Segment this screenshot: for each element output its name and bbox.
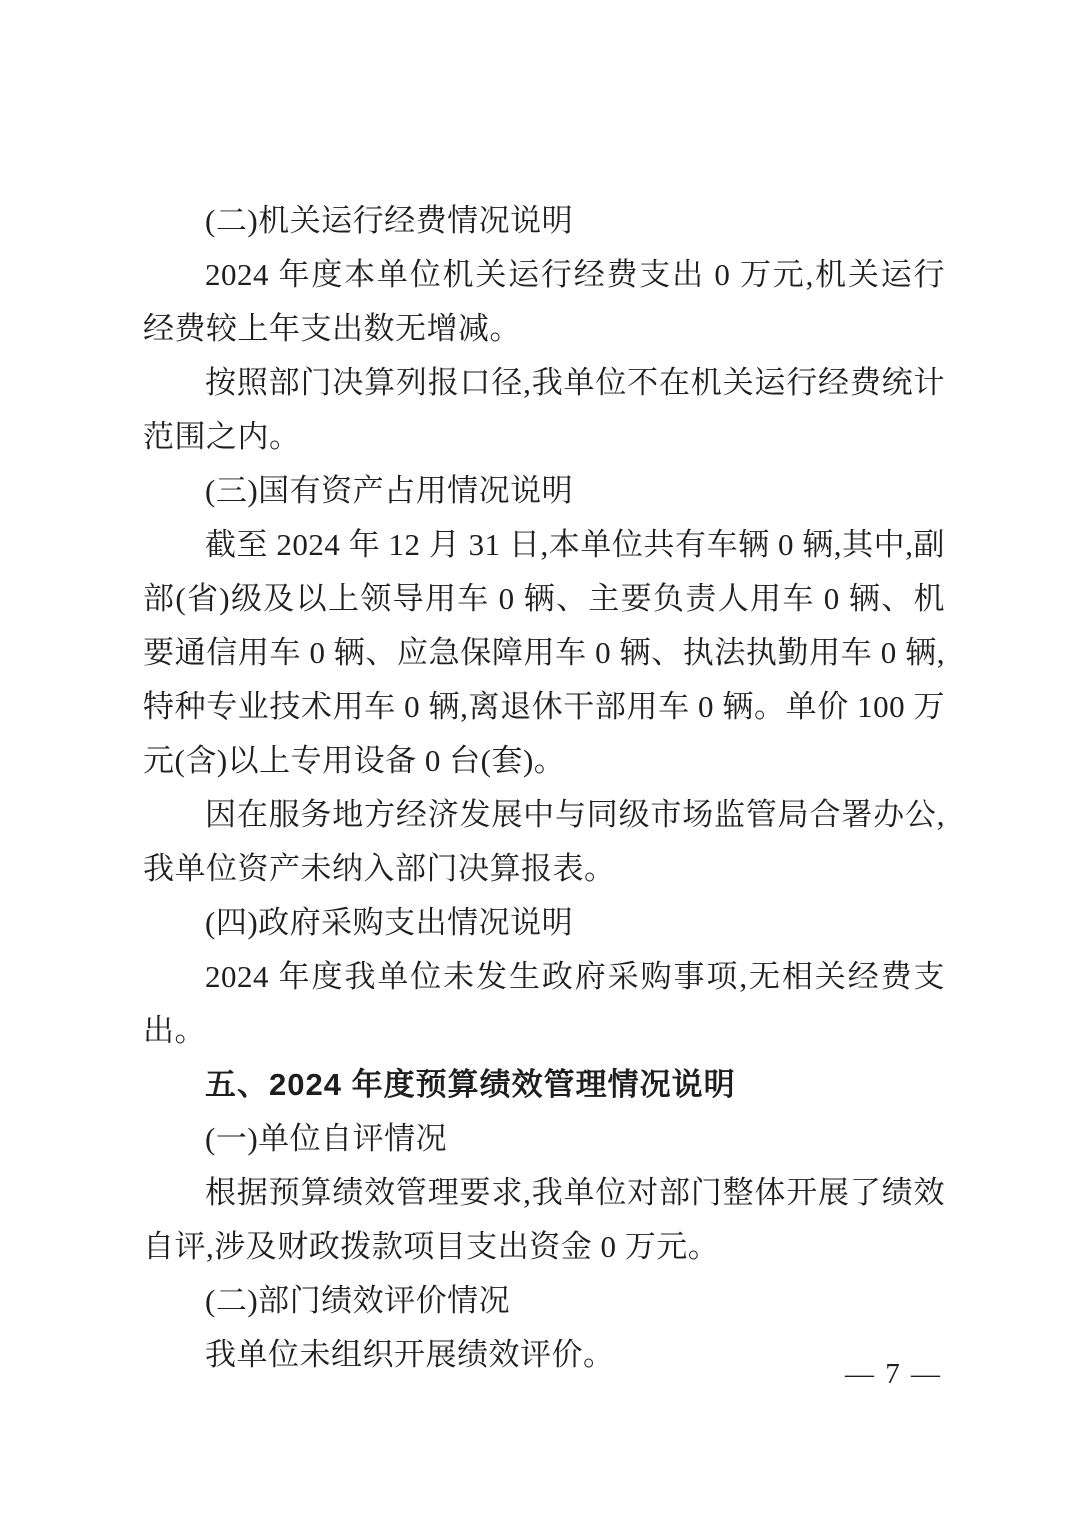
subsection-heading-department-evaluation: (二)部门绩效评价情况 (143, 1274, 945, 1328)
paragraph-no-evaluation-conducted: 我单位未组织开展绩效评价。 (143, 1328, 945, 1382)
document-page: (二)机关运行经费情况说明 2024 年度本单位机关运行经费支出 0 万元,机关… (0, 0, 1075, 1520)
paragraph-self-evaluation-details: 根据预算绩效管理要求,我单位对部门整体开展了绩效自评,涉及财政拨款项目支出资金 … (143, 1166, 945, 1274)
paragraph-operating-expense-scope: 按照部门决算列报口径,我单位不在机关运行经费统计范围之内。 (143, 356, 945, 464)
paragraph-vehicle-and-equipment-details: 截至 2024 年 12 月 31 日,本单位共有车辆 0 辆,其中,副部(省)… (143, 518, 945, 788)
paragraph-assets-not-included: 因在服务地方经济发展中与同级市场监管局合署办公,我单位资产未纳入部门决算报表。 (143, 788, 945, 896)
paragraph-operating-expense-amount: 2024 年度本单位机关运行经费支出 0 万元,机关运行经费较上年支出数无增减。 (143, 248, 945, 356)
subsection-heading-org-operating-expenses: (二)机关运行经费情况说明 (143, 194, 945, 248)
subsection-heading-self-evaluation: (一)单位自评情况 (143, 1112, 945, 1166)
paragraph-procurement-statement: 2024 年度我单位未发生政府采购事项,无相关经费支出。 (143, 950, 945, 1058)
document-content: (二)机关运行经费情况说明 2024 年度本单位机关运行经费支出 0 万元,机关… (143, 194, 945, 1382)
subsection-heading-state-assets: (三)国有资产占用情况说明 (143, 464, 945, 518)
page-number: — 7 — (845, 1356, 942, 1392)
section-heading-budget-performance: 五、2024 年度预算绩效管理情况说明 (143, 1058, 945, 1112)
subsection-heading-government-procurement: (四)政府采购支出情况说明 (143, 896, 945, 950)
